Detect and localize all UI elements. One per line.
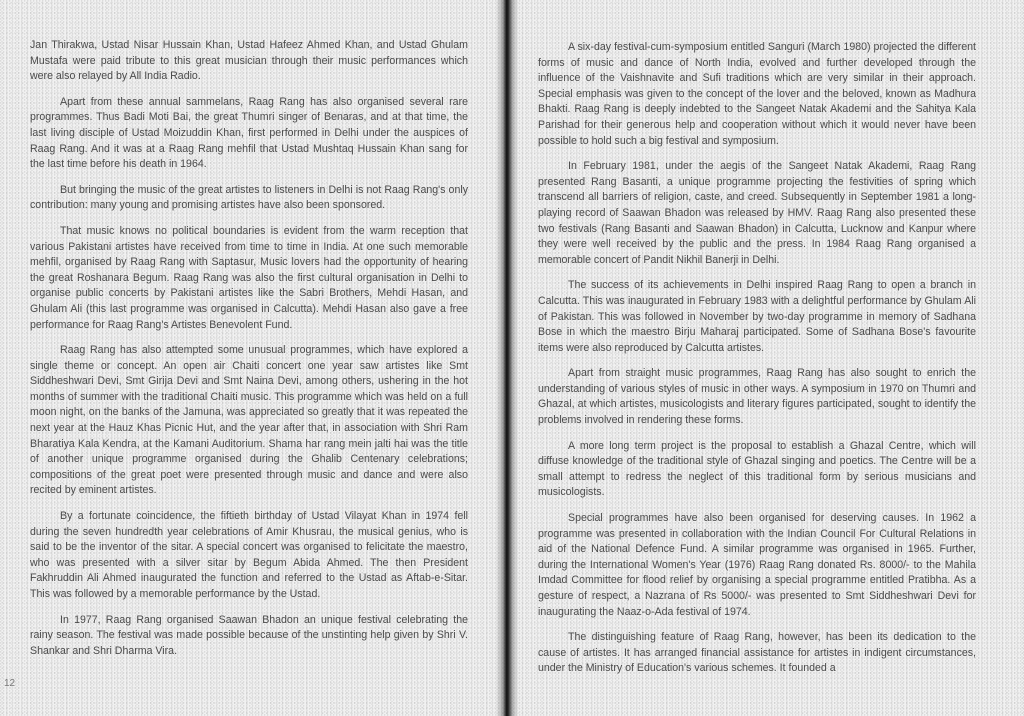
paragraph: Apart from straight music programmes, Ra… [538,366,976,428]
paragraph: Apart from these annual sammelans, Raag … [30,95,468,173]
paragraph: A more long term project is the proposal… [538,439,976,501]
paragraph: The distinguishing feature of Raag Rang,… [538,630,976,677]
paragraph: Raag Rang has also attempted some unusua… [30,343,468,499]
book-spine [496,0,518,716]
page-number: 12 [4,678,15,689]
paragraph: Special programmes have also been organi… [538,511,976,620]
paragraph: In February 1981, under the aegis of the… [538,159,976,268]
left-page-text: Jan Thirakwa, Ustad Nisar Hussain Khan, … [30,38,468,669]
paragraph: But bringing the music of the great arti… [30,183,468,214]
paragraph: By a fortunate coincidence, the fiftieth… [30,509,468,603]
paragraph: A six-day festival-cum-symposium entitle… [538,40,976,149]
paragraph: Jan Thirakwa, Ustad Nisar Hussain Khan, … [30,38,468,85]
paragraph: In 1977, Raag Rang organised Saawan Bhad… [30,613,468,660]
right-page-text: A six-day festival-cum-symposium entitle… [538,40,976,687]
paragraph: The success of its achievements in Delhi… [538,278,976,356]
paragraph: That music knows no political boundaries… [30,224,468,333]
